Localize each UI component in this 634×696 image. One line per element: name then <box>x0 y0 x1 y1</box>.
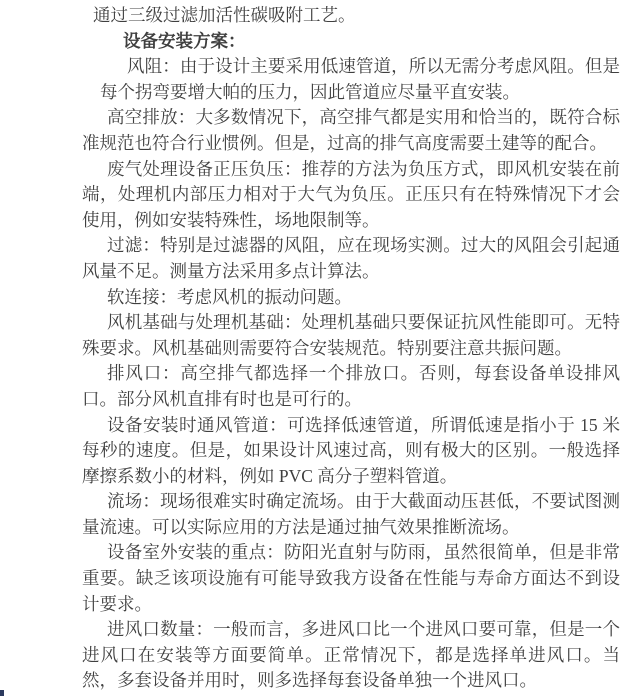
paragraph: 进风口数量：一般而言，多进风口比一个进风口要可靠，但是一个进风口在安装等方面要简… <box>82 617 620 694</box>
paragraph: 设备安装时通风管道：可选择低速管道，所谓低速是指小于 15 米每秒的速度。但是，… <box>82 413 620 490</box>
intro-paragraph: 通过三级过滤加活性碳吸附工艺。 <box>82 3 620 29</box>
paragraph: 排风口：高空排气都选择一个排放口。否则，每套设备单设排风口。部分风机直排有时也是… <box>82 361 620 412</box>
corner-artifact-speck <box>0 690 4 696</box>
paragraph: 设备室外安装的重点：防阳光直射与防雨，虽然很简单，但是非常重要。缺乏该项设施有可… <box>82 540 620 617</box>
paragraph: 风机基础与处理机基础：处理机基础只要保证抗风性能即可。无特殊要求。风机基础则需要… <box>82 310 620 361</box>
paragraph: 废气处理设备正压负压：推荐的方法为负压方式，即风机安装在前端，处理机内部压力相对… <box>82 157 620 234</box>
section-heading: 设备安装方案： <box>82 29 620 55</box>
paragraph: 高空排放：大多数情况下，高空排气都是实用和恰当的，既符合标准规范也符合行业惯例。… <box>82 105 620 156</box>
paragraph: 软连接：考虑风机的振动问题。 <box>82 285 620 311</box>
paragraph: 流场：现场很难实时确定流场。由于大截面动压甚低，不要试图测量流速。可以实际应用的… <box>82 489 620 540</box>
document-page: 通过三级过滤加活性碳吸附工艺。 设备安装方案： 风阻：由于设计主要采用低速管道，… <box>0 0 634 694</box>
paragraph: 过滤：特别是过滤器的风阻，应在现场实测。过大的风阻会引起通风量不足。测量方法采用… <box>82 233 620 284</box>
paragraph-list: 风阻：由于设计主要采用低速管道，所以无需分考虑风阻。但是每个拐弯要增大帕的压力，… <box>82 54 620 694</box>
paragraph: 风阻：由于设计主要采用低速管道，所以无需分考虑风阻。但是每个拐弯要增大帕的压力，… <box>100 54 620 105</box>
